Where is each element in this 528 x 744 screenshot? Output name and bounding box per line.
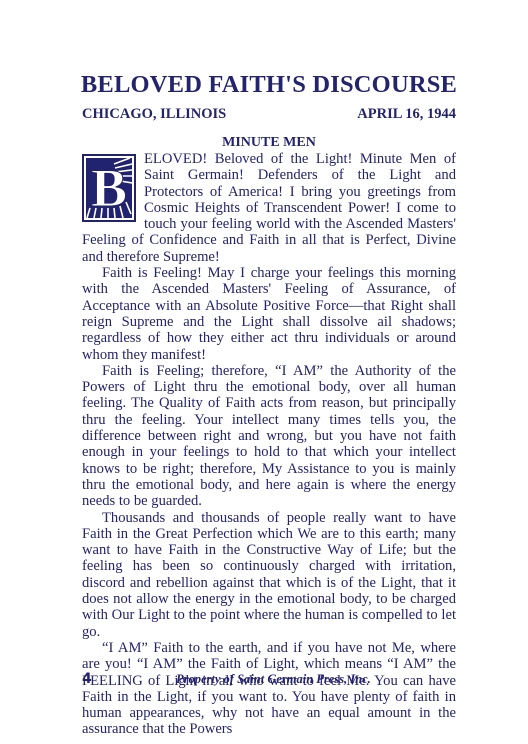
paragraph: “I AM” Faith to the earth, and if you ha… bbox=[82, 640, 456, 738]
location: CHICAGO, ILLINOIS bbox=[82, 106, 226, 123]
drop-cap-b-icon: B bbox=[82, 154, 136, 222]
paragraph: Thousands and thousands of people really… bbox=[82, 510, 456, 640]
dateline: CHICAGO, ILLINOIS APRIL 16, 1944 bbox=[82, 106, 456, 123]
page-title: BELOVED FAITH'S DISCOURSE bbox=[78, 71, 460, 99]
date: APRIL 16, 1944 bbox=[357, 106, 456, 123]
svg-text:B: B bbox=[91, 158, 127, 218]
page-number: 4 bbox=[82, 671, 92, 687]
paragraph: B ELOVED! Beloved of the Light! Minute M… bbox=[82, 151, 456, 265]
paragraph: Faith is Feeling! May I charge your feel… bbox=[82, 265, 456, 363]
section-subtitle: MINUTE MEN bbox=[82, 135, 456, 151]
paragraph: Faith is Feeling; therefore, “I AM” the … bbox=[82, 363, 456, 510]
discourse-body: B ELOVED! Beloved of the Light! Minute M… bbox=[82, 151, 456, 738]
footer-credit: Property of Saint Germain Press, Inc. bbox=[176, 672, 371, 687]
